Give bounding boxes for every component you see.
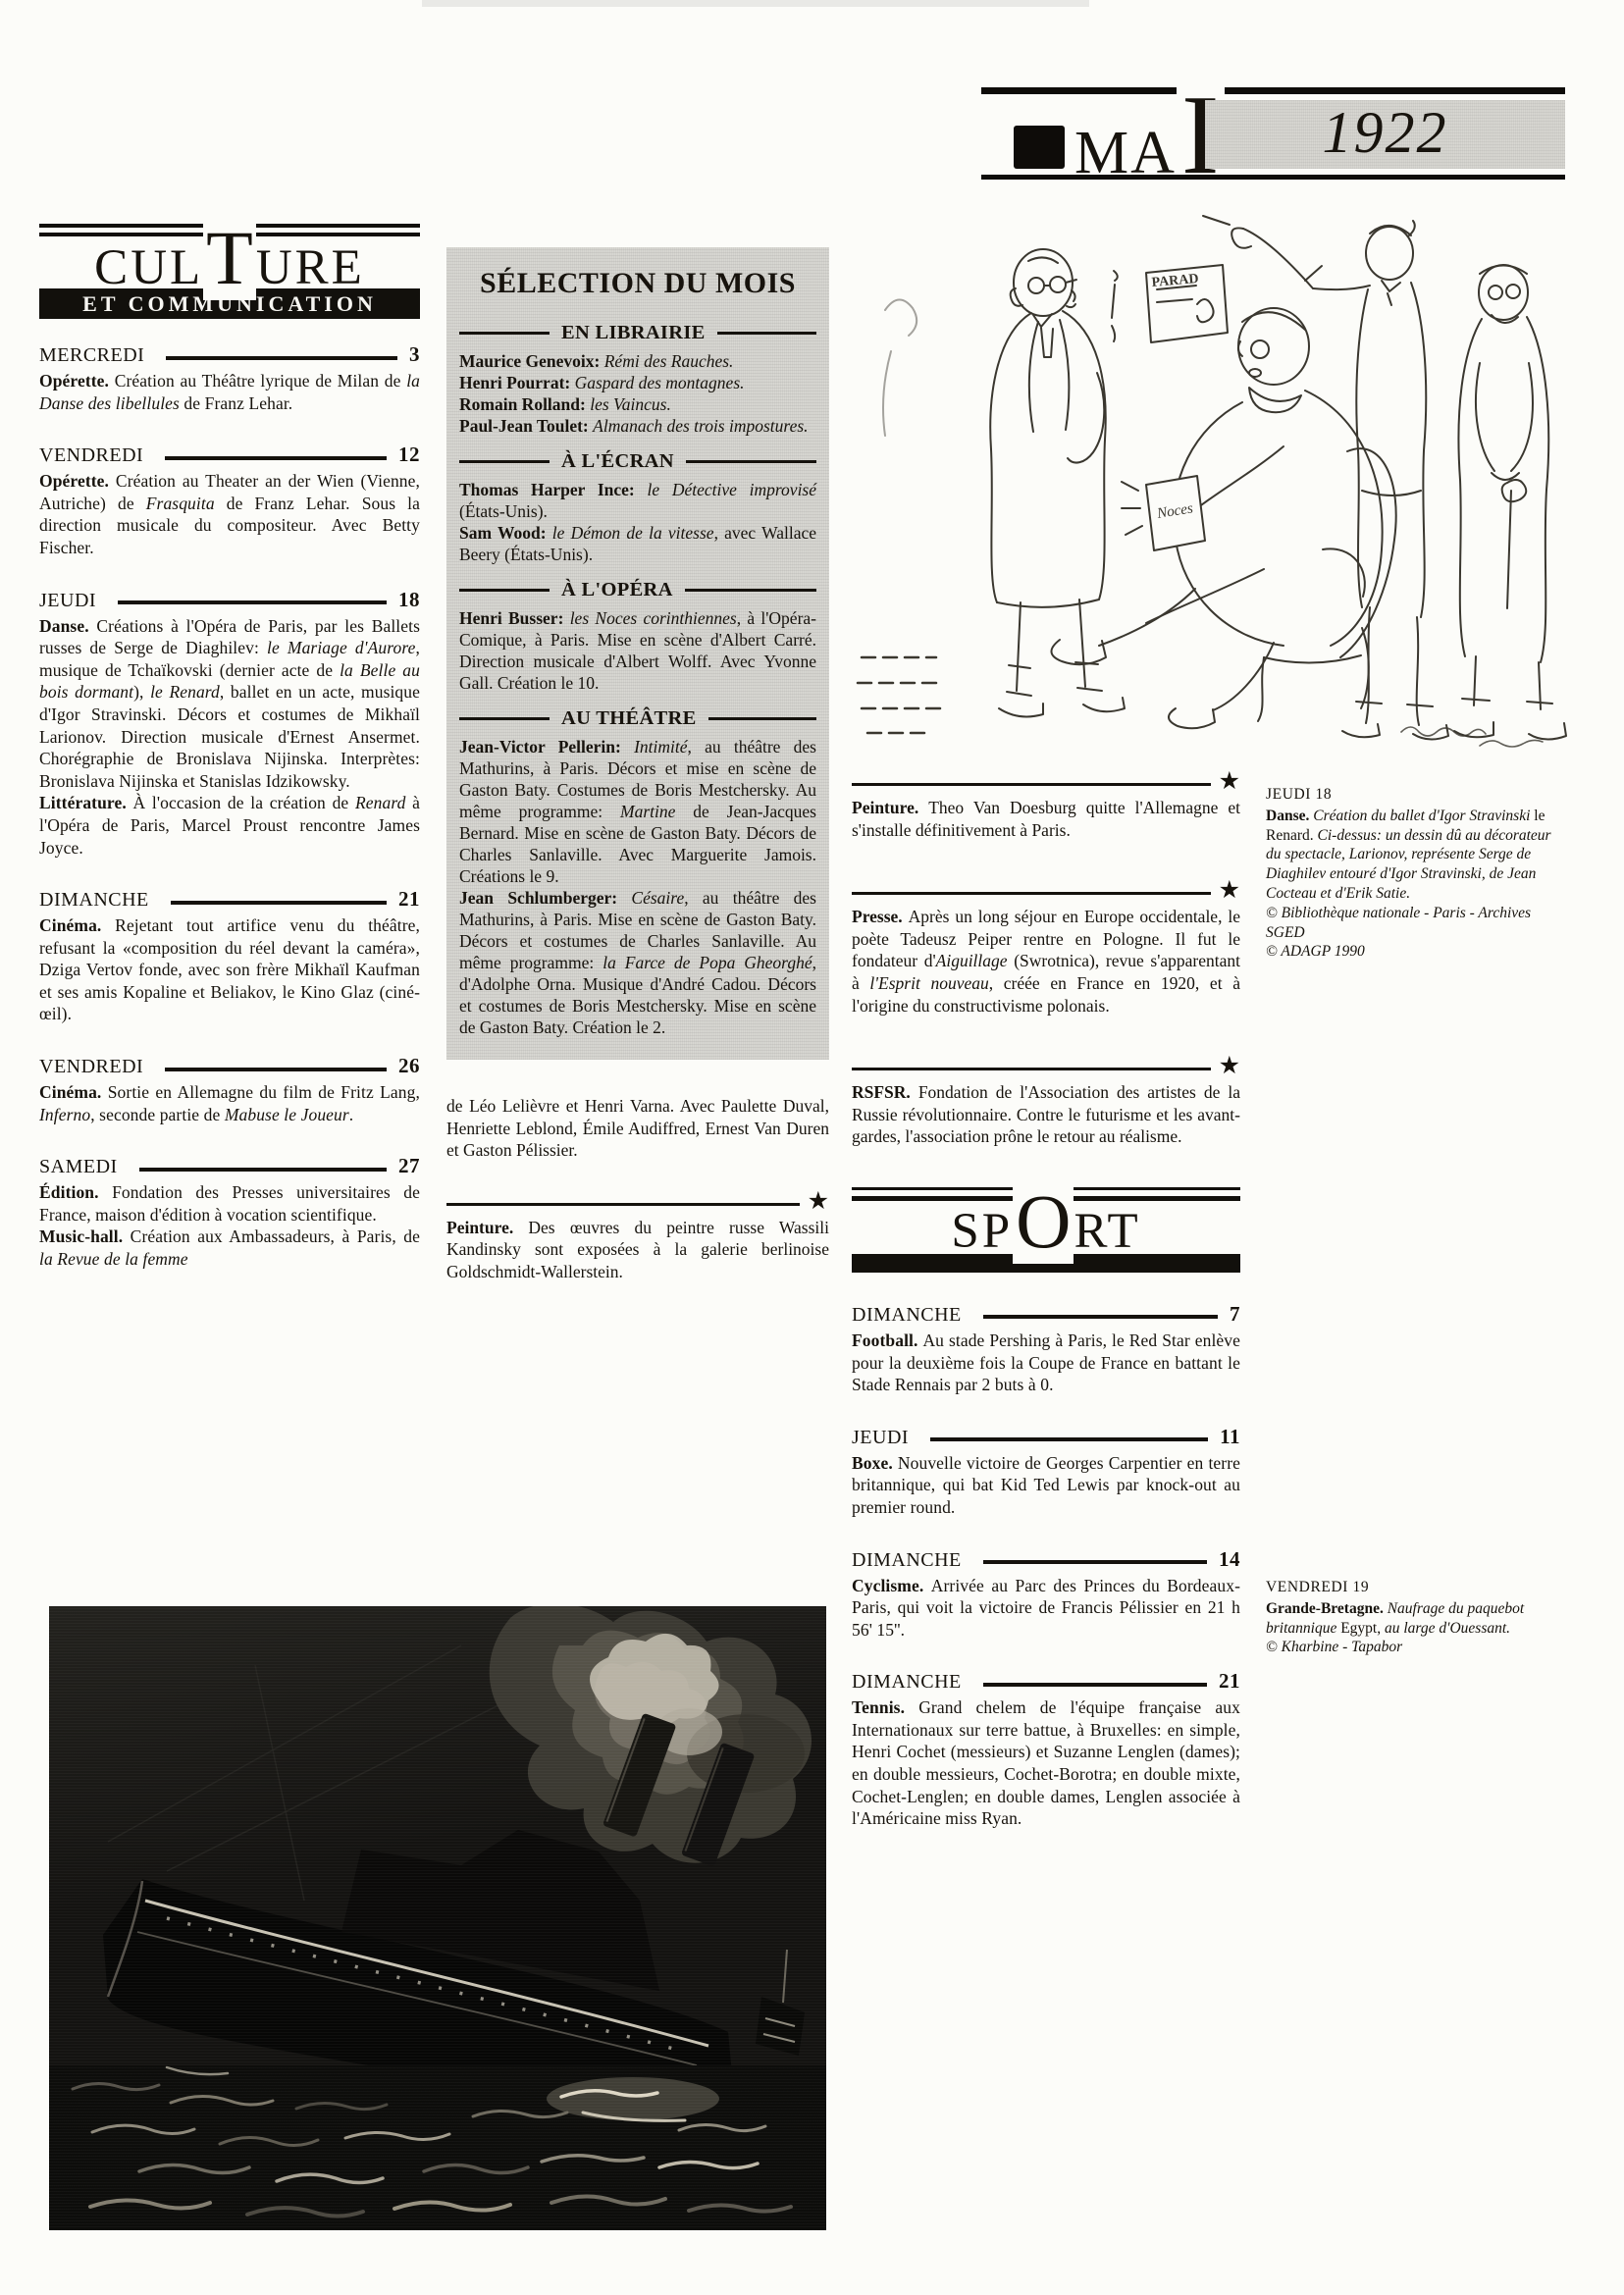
culture-entry: JEUDI18 Danse. Créations à l'Opéra de Pa… [39, 588, 420, 860]
day-rule [983, 1683, 1207, 1687]
culture-big-letter: T [203, 215, 256, 300]
caption-credit: © Bibliothèque nationale - Paris - Archi… [1266, 904, 1554, 943]
star-divider: ★ [446, 1193, 829, 1211]
selection-item: Paul-Jean Toulet: Almanach des trois imp… [459, 415, 816, 437]
selection-section-heading: À L'OPÉRA [459, 579, 816, 601]
entry-text: Édition. Fondation des Presses universit… [39, 1181, 420, 1226]
star-icon: ★ [1219, 773, 1240, 791]
news-item: ★ RSFSR. Fondation de l'Association des … [852, 1058, 1240, 1148]
culture-column: CULTURE ET COMMUNICATION MERCREDI3 Opére… [39, 224, 420, 1299]
caption-credit: © ADAGP 1990 [1266, 942, 1554, 962]
star-icon: ★ [1219, 882, 1240, 900]
drawing-caption: JEUDI 18 Danse. Création du ballet d'Igo… [1266, 785, 1554, 962]
entry-text: Tennis. Grand chelem de l'équipe françai… [852, 1696, 1240, 1830]
shipwreck-photo [49, 1606, 826, 2230]
almanac-page: MAI 1922 [0, 0, 1624, 2295]
sport-big-letter: O [1013, 1178, 1074, 1264]
sport-masthead: SPORT [852, 1187, 1240, 1273]
year-label: 1922 [1323, 99, 1448, 167]
day-rule [118, 600, 387, 604]
day-header: MERCREDI3 [39, 342, 420, 367]
selection-title: SÉLECTION DU MOIS [459, 267, 816, 300]
day-rule [165, 1068, 387, 1071]
news-item: ★ Presse. Après un long séjour en Europe… [852, 882, 1240, 1017]
year-box: 1922 [1205, 100, 1565, 169]
selection-box: SÉLECTION DU MOIS EN LIBRAIRIE Maurice G… [446, 247, 829, 1060]
month-header: MAI 1922 [981, 83, 1565, 182]
photo-caption: VENDREDI 19 Grande-Bretagne. Naufrage du… [1266, 1578, 1554, 1657]
selection-item: Jean Schlumberger: Césaire, au théâtre d… [459, 887, 816, 1038]
entry-text: Littérature. À l'occasion de la création… [39, 792, 420, 859]
entry-text: Opérette. Création au Theater an der Wie… [39, 470, 420, 558]
culture-entry: MERCREDI3 Opérette. Création au Théâtre … [39, 342, 420, 414]
day-rule [171, 901, 387, 905]
caption-text: Grande-Bretagne. Naufrage du paquebot br… [1266, 1599, 1554, 1639]
entry-text: Music-hall. Création aux Ambassadeurs, à… [39, 1226, 420, 1270]
caption-credit: © Kharbine - Tapabor [1266, 1638, 1554, 1657]
news-sport-column: ★ Peinture. Theo Van Doesburg quitte l'A… [852, 773, 1240, 1858]
news-text: Presse. Après un long séjour en Europe o… [852, 906, 1240, 1017]
caption-day-label: JEUDI 18 [1266, 785, 1554, 805]
selection-item: Maurice Genevoix: Rémi des Rauches. [459, 350, 816, 372]
day-header: VENDREDI26 [39, 1054, 420, 1078]
selection-section-heading: EN LIBRAIRIE [459, 322, 816, 344]
selection-section-heading: À L'ÉCRAN [459, 450, 816, 473]
news-text: Peinture. Theo Van Doesburg quitte l'All… [852, 797, 1240, 841]
culture-title: CULTURE [39, 230, 420, 287]
poster-text: PARAD [1151, 272, 1199, 290]
star-divider: ★ [852, 882, 1240, 900]
entry-text: Football. Au stade Pershing à Paris, le … [852, 1330, 1240, 1396]
day-header: VENDREDI12 [39, 443, 420, 467]
day-header: DIMANCHE21 [39, 887, 420, 912]
sport-entry: DIMANCHE21 Tennis. Grand chelem de l'équ… [852, 1669, 1240, 1830]
star-icon: ★ [1219, 1058, 1240, 1075]
news-item: ★ Peinture. Theo Van Doesburg quitte l'A… [852, 773, 1240, 841]
header-bottom-rule [981, 175, 1565, 180]
selection-column: SÉLECTION DU MOIS EN LIBRAIRIE Maurice G… [446, 247, 829, 1313]
culture-entry: SAMEDI27 Édition. Fondation des Presses … [39, 1154, 420, 1270]
selection-item: Henri Busser: les Noces corinthiennes, à… [459, 607, 816, 694]
entry-text: Cinéma. Rejetant tout artifice venu du t… [39, 914, 420, 1025]
day-rule [930, 1437, 1208, 1441]
selection-item: Thomas Harper Ince: le Détective improvi… [459, 479, 816, 522]
month-title: MAI [1074, 135, 1225, 169]
header-top-rule [981, 87, 1565, 94]
day-header: JEUDI11 [852, 1425, 1240, 1449]
selection-item: Sam Wood: le Démon de la vitesse, avec W… [459, 522, 816, 565]
day-header: DIMANCHE21 [852, 1669, 1240, 1694]
entry-text: Opérette. Création au Théâtre lyrique de… [39, 370, 420, 414]
day-header: JEUDI18 [39, 588, 420, 612]
culture-entry: DIMANCHE21 Cinéma. Rejetant tout artific… [39, 887, 420, 1025]
sport-entry: DIMANCHE7 Football. Au stade Pershing à … [852, 1302, 1240, 1396]
entry-text: Boxe. Nouvelle victoire de Georges Carpe… [852, 1452, 1240, 1519]
news-text: RSFSR. Fondation de l'Association des ar… [852, 1081, 1240, 1148]
selection-item: Jean-Victor Pellerin: Intimité, au théât… [459, 736, 816, 887]
entry-text: Danse. Créations à l'Opéra de Paris, par… [39, 615, 420, 793]
header-square-icon [1014, 126, 1065, 169]
day-rule [165, 456, 387, 460]
sport-title: SPORT [852, 1193, 1240, 1250]
culture-entry: VENDREDI12 Opérette. Création au Theater… [39, 443, 420, 558]
entry-text: Cinéma. Sortie en Allemagne du film de F… [39, 1081, 420, 1125]
caption-text: Danse. Création du ballet d'Igor Stravin… [1266, 807, 1554, 904]
sport-entry: DIMANCHE14 Cyclisme. Arrivée au Parc des… [852, 1547, 1240, 1642]
selection-item: Henri Pourrat: Gaspard des montagnes. [459, 372, 816, 393]
day-header: SAMEDI27 [39, 1154, 420, 1178]
caption-day-label: VENDREDI 19 [1266, 1578, 1554, 1597]
star-divider: ★ [852, 1058, 1240, 1075]
larionov-sketch-illustration: PARAD Noces [852, 194, 1609, 763]
news-text: Peinture. Des œuvres du peintre russe Wa… [446, 1217, 829, 1283]
day-rule [166, 356, 397, 360]
day-header: DIMANCHE7 [852, 1302, 1240, 1327]
culture-masthead: CULTURE ET COMMUNICATION [39, 224, 420, 319]
entry-text: Cyclisme. Arrivée au Parc des Princes du… [852, 1575, 1240, 1642]
day-header: DIMANCHE14 [852, 1547, 1240, 1572]
culture-entry: VENDREDI26 Cinéma. Sortie en Allemagne d… [39, 1054, 420, 1125]
selection-section-heading: AU THÉÂTRE [459, 707, 816, 730]
day-rule [983, 1560, 1207, 1564]
star-divider: ★ [852, 773, 1240, 791]
scan-artifact [422, 0, 1089, 7]
day-rule [139, 1168, 387, 1172]
news-item: ★ Peinture. Des œuvres du peintre russe … [446, 1193, 829, 1283]
day-rule [983, 1315, 1218, 1319]
star-icon: ★ [808, 1193, 829, 1211]
music-hall-continuation: de Léo Lelièvre et Henri Varna. Avec Pau… [446, 1095, 829, 1162]
selection-item: Romain Rolland: les Vaincus. [459, 393, 816, 415]
sport-entry: JEUDI11 Boxe. Nouvelle victoire de Georg… [852, 1425, 1240, 1519]
